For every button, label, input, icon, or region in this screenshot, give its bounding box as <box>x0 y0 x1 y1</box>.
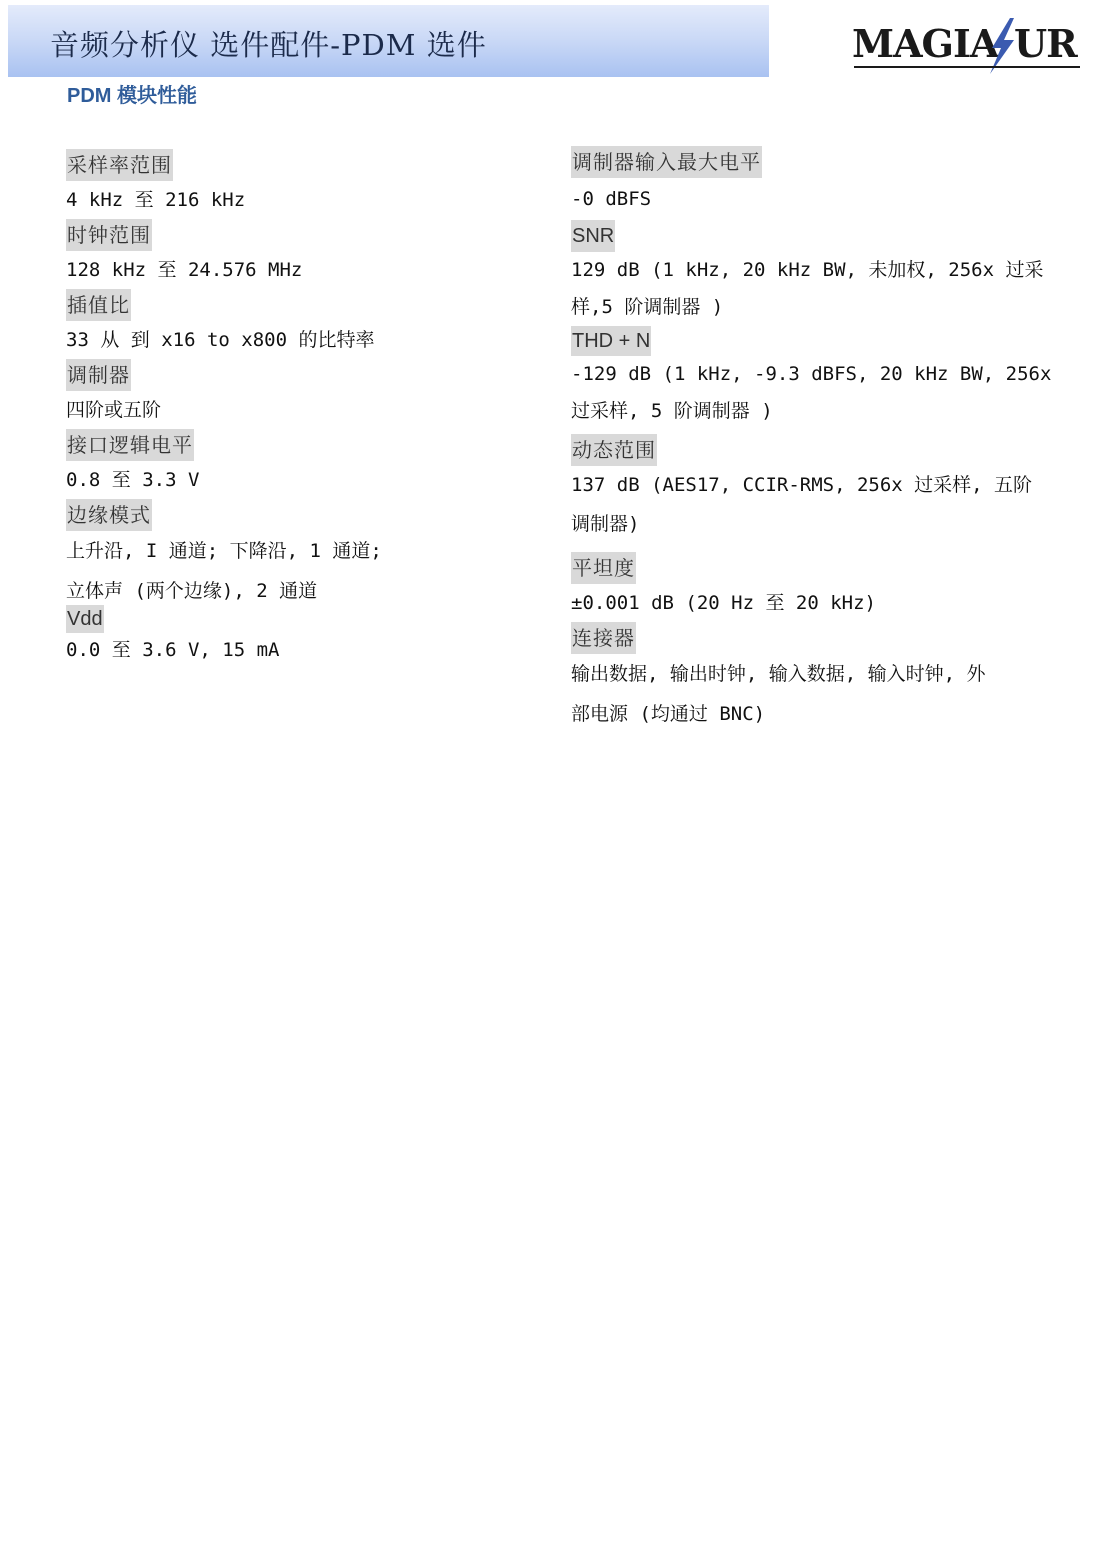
spec-modulator: 调制器 四阶或五阶 <box>66 359 526 429</box>
section-title: PDM 模块性能 <box>67 79 197 108</box>
spec-value: ±0.001 dB (20 Hz 至 20 kHz) <box>571 584 1061 622</box>
spec-label: 动态范围 <box>571 434 657 466</box>
spec-value: 128 kHz 至 24.576 MHz <box>66 251 526 289</box>
spec-flatness: 平坦度 ±0.001 dB (20 Hz 至 20 kHz) <box>571 552 1061 622</box>
spec-value: 0.0 至 3.6 V, 15 mA <box>66 633 526 667</box>
spec-interpolation-ratio: 插值比 33 从 到 x16 to x800 的比特率 <box>66 289 526 359</box>
logo-underline <box>854 66 1080 68</box>
left-spec-column: 采样率范围 4 kHz 至 216 kHz 时钟范围 128 kHz 至 24.… <box>66 149 526 667</box>
spec-label: 平坦度 <box>571 552 636 584</box>
spec-value: -0 dBFS <box>571 178 1061 220</box>
right-spec-column: 调制器输入最大电平 -0 dBFS SNR 129 dB (1 kHz, 20 … <box>571 146 1061 734</box>
spec-vdd: Vdd 0.0 至 3.6 V, 15 mA <box>66 605 526 667</box>
spec-snr: SNR 129 dB (1 kHz, 20 kHz BW, 未加权, 256x … <box>571 220 1061 326</box>
spec-label: 接口逻辑电平 <box>66 429 194 461</box>
spec-label: 插值比 <box>66 289 131 321</box>
spec-dynamic-range: 动态范围 137 dB (AES17, CCIR-RMS, 256x 过采样, … <box>571 434 1061 544</box>
spec-max-input-level: 调制器输入最大电平 -0 dBFS <box>571 146 1061 220</box>
spec-value: 129 dB (1 kHz, 20 kHz BW, 未加权, 256x 过采 样… <box>571 252 1061 326</box>
spec-value: 4 kHz 至 216 kHz <box>66 181 526 219</box>
header-banner: 音频分析仪 选件配件-PDM 选件 <box>8 5 769 77</box>
spec-connectors: 连接器 输出数据, 输出时钟, 输入数据, 输入时钟, 外 部电源 (均通过 B… <box>571 622 1061 734</box>
spec-label: THD + N <box>571 326 651 356</box>
spec-label: 边缘模式 <box>66 499 152 531</box>
logo-text-left: MAGIA <box>852 18 998 70</box>
spec-thd-n: THD + N -129 dB (1 kHz, -9.3 dBFS, 20 kH… <box>571 326 1061 430</box>
spec-value: 四阶或五阶 <box>66 391 526 429</box>
spec-value: 上升沿, I 通道; 下降沿, 1 通道; 立体声 (两个边缘), 2 通道 <box>66 531 526 611</box>
spec-label: Vdd <box>66 605 104 633</box>
spec-label: 调制器 <box>66 359 131 391</box>
spec-value: 0.8 至 3.3 V <box>66 461 526 499</box>
logo-text-right: UR <box>1014 18 1077 70</box>
spec-value: 33 从 到 x16 to x800 的比特率 <box>66 321 526 359</box>
spec-value: 137 dB (AES17, CCIR-RMS, 256x 过采样, 五阶 调制… <box>571 466 1061 544</box>
brand-logo: MAGIA UR <box>852 18 1082 74</box>
spec-label: SNR <box>571 220 615 252</box>
spec-label: 采样率范围 <box>66 149 173 181</box>
spec-label: 时钟范围 <box>66 219 152 251</box>
spec-edge-mode: 边缘模式 上升沿, I 通道; 下降沿, 1 通道; 立体声 (两个边缘), 2… <box>66 499 526 611</box>
spec-value: -129 dB (1 kHz, -9.3 dBFS, 20 kHz BW, 25… <box>571 356 1061 430</box>
spec-logic-level: 接口逻辑电平 0.8 至 3.3 V <box>66 429 526 499</box>
spec-value: 输出数据, 输出时钟, 输入数据, 输入时钟, 外 部电源 (均通过 BNC) <box>571 654 1061 734</box>
spec-label: 连接器 <box>571 622 636 654</box>
spec-clock-range: 时钟范围 128 kHz 至 24.576 MHz <box>66 219 526 289</box>
spec-sample-rate: 采样率范围 4 kHz 至 216 kHz <box>66 149 526 219</box>
page-title: 音频分析仪 选件配件-PDM 选件 <box>50 23 487 64</box>
spec-label: 调制器输入最大电平 <box>571 146 762 178</box>
